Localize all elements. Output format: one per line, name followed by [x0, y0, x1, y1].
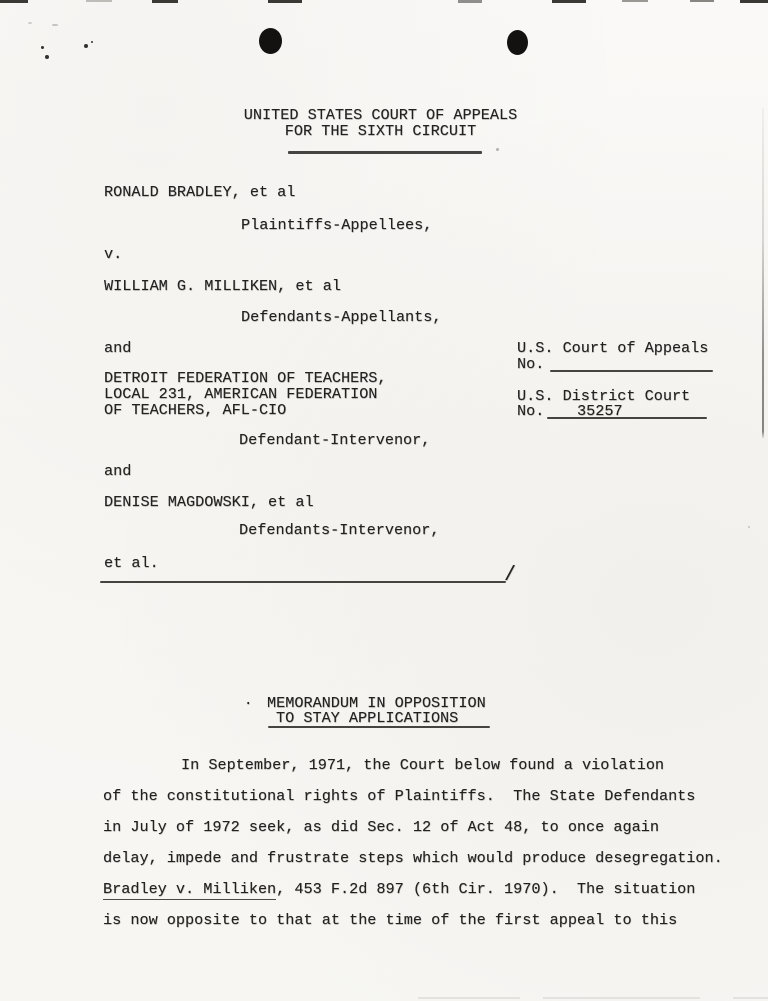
appeals-court-label: U.S. Court of Appeals — [517, 341, 708, 357]
caption-slash: / — [504, 565, 516, 586]
caption-and-2: and — [104, 464, 131, 480]
versus-label: v. — [104, 247, 122, 263]
body-line-1: In September, 1971, the Court below foun… — [181, 758, 664, 774]
appeals-no-label: No. — [517, 357, 544, 373]
hole-punch-right — [507, 30, 528, 55]
body-line-4: delay, impede and frustrate steps which … — [103, 851, 723, 867]
memo-leading-mark: . — [244, 694, 252, 709]
body-line-2: of the constitutional rights of Plaintif… — [103, 789, 695, 805]
scan-artifact — [86, 0, 112, 2]
scan-artifact — [268, 0, 302, 3]
court-name-line2: FOR THE SIXTH CIRCUIT — [0, 124, 761, 140]
intervenor1-role: Defendant-Intervenor, — [239, 433, 430, 449]
body-line-6: is now opposite to that at the time of t… — [103, 913, 677, 929]
district-no-label: No. — [517, 404, 544, 420]
scan-artifact — [0, 0, 28, 3]
caption-and-1: and — [104, 341, 131, 357]
caption-rule — [100, 581, 506, 583]
scan-artifact — [733, 997, 768, 999]
plaintiff-role: Plaintiffs-Appellees, — [241, 218, 432, 234]
scan-artifact — [552, 0, 586, 3]
caption-et-al: et al. — [104, 556, 159, 572]
appeals-no-blank-line — [550, 370, 713, 372]
scan-artifact — [543, 997, 700, 999]
scan-artifact — [740, 0, 768, 3]
intervenor2-role: Defendants-Intervenor, — [239, 523, 440, 539]
document-page: UNITED STATES COURT OF APPEALS FOR THE S… — [0, 0, 768, 1001]
header-rule — [288, 151, 482, 154]
scan-artifact — [41, 46, 44, 49]
defendant-role: Defendants-Appellants, — [241, 310, 442, 326]
defendant-name: WILLIAM G. MILLIKEN, et al — [104, 279, 341, 295]
scan-artifact — [91, 41, 93, 43]
body-line-5: Bradley v. Milliken, 453 F.2d 897 (6th C… — [103, 882, 695, 898]
scan-artifact — [622, 0, 648, 2]
intervenor2-name: DENISE MAGDOWSKI, et al — [104, 495, 314, 511]
scan-artifact — [762, 108, 764, 438]
scan-artifact — [45, 55, 49, 59]
district-no-underline — [547, 417, 707, 419]
intervenor1-name-line3: OF TEACHERS, AFL-CIO — [104, 403, 286, 419]
scan-artifact — [748, 526, 750, 528]
scan-artifact — [28, 22, 32, 24]
body-line-5-rest: , 453 F.2d 897 (6th Cir. 1970). The situ… — [276, 880, 695, 898]
scan-artifact — [152, 0, 178, 3]
scan-artifact — [690, 0, 714, 2]
hole-punch-left — [259, 28, 282, 54]
scan-artifact — [418, 997, 520, 999]
scan-artifact — [84, 44, 88, 48]
scan-artifact — [458, 0, 482, 3]
memo-title-line2: TO STAY APPLICATIONS — [276, 711, 458, 727]
scan-artifact — [52, 24, 58, 26]
memo-title-underline — [268, 726, 490, 728]
scan-artifact — [496, 148, 499, 151]
plaintiff-name: RONALD BRADLEY, et al — [104, 185, 295, 201]
body-line-3: in July of 1972 seek, as did Sec. 12 of … — [103, 820, 659, 836]
case-citation: Bradley v. Milliken — [103, 880, 276, 900]
